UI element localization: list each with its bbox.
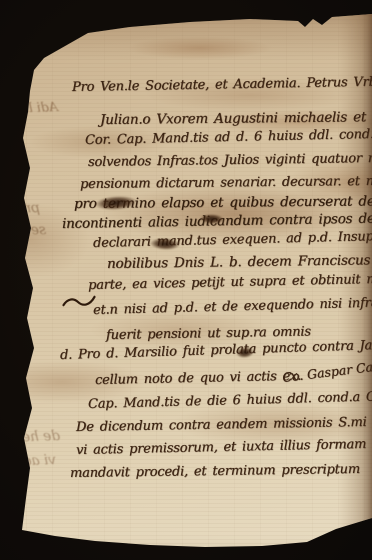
bleed-line: dilig. has for sa: [0, 226, 18, 245]
bleed-line: me scribas si: [0, 320, 18, 337]
bleed-line: Johannes lit: [0, 155, 18, 173]
bleed-line: conde Quirinis: [0, 350, 16, 368]
bleed-line: de suis rebus: [0, 476, 16, 494]
bleed-line: almae legis de: [0, 383, 18, 400]
bleed-line: L. Curiae ad: [0, 260, 20, 277]
paper-edge-shading: [0, 0, 372, 560]
bleed-line: doni hoc anno: [0, 413, 16, 431]
bleed-line: et per diem sol: [0, 290, 16, 309]
bleed-line: suo negotio in: [0, 446, 14, 463]
manuscript-page: 182 Adi lib. Carinij 1628 Johannes lit s…: [0, 0, 372, 560]
page-number: 182: [39, 28, 63, 46]
bleed-line: sunt Romanij et: [0, 192, 16, 209]
photo-backdrop: 182 Adi lib. Carinij 1628 Johannes lit s…: [0, 0, 372, 560]
